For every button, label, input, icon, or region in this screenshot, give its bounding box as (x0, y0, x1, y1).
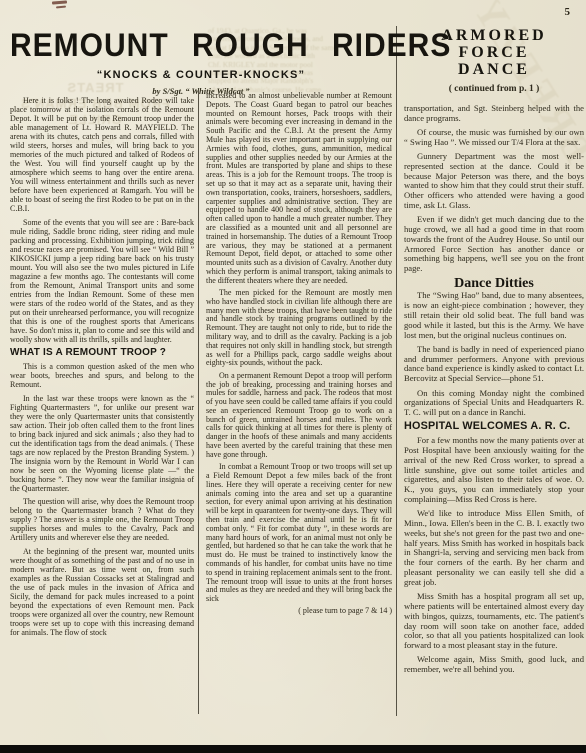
paragraph: This is a common question asked of the m… (10, 362, 194, 389)
scan-edge-mark (52, 0, 67, 4)
page-number: 5 (565, 6, 571, 18)
paragraph: Welcome again, Miss Smith, good luck, an… (404, 655, 584, 675)
column-divider (396, 26, 397, 716)
paragraph: In combat a Remount Troop or two troops … (206, 463, 392, 604)
paragraph: In the last war these troops were known … (10, 394, 194, 493)
paragraph: Miss Smith has a hospital program all se… (404, 592, 584, 651)
remount-column-middle: increased to an almost unbelievable numb… (206, 92, 392, 616)
right-column: ARMORED FORCE DANCE ( continued from p. … (404, 27, 584, 680)
remount-article-header: REMOUNT ROUGH RIDERS “KNOCKS & COUNTER-K… (10, 30, 392, 96)
section-heading-what-is-a-remount-troop: WHAT IS A REMOUNT TROOP ? (10, 348, 194, 357)
section-heading-hospital-welcomes-arc: HOSPITAL WELCOMES A. R. C. (404, 422, 584, 432)
newspaper-page: TREATS FROM BOB ERMAN'S GRILLE “ … Never… (0, 0, 586, 753)
paragraph: The band is badly in need of experienced… (404, 345, 584, 384)
paragraph: At the beginning of the present war, mou… (10, 547, 194, 637)
paragraph: Some of the events that you will see are… (10, 218, 194, 344)
paragraph: The question will arise, why does the Re… (10, 497, 194, 542)
paragraph: The men picked for the Remount are mostl… (206, 289, 392, 368)
paragraph: On this coming Monday night the combined… (404, 389, 584, 418)
paragraph: Here it is folks ! The long awaited Rode… (10, 96, 194, 213)
paragraph: Even if we didn't get much dancing due t… (404, 215, 584, 274)
section-heading-dance-ditties: Dance Ditties (404, 279, 584, 289)
paragraph: The “Swing Hao” band, due to many absent… (404, 291, 584, 340)
article-subtitle: “KNOCKS & COUNTER-KNOCKS” (10, 69, 392, 81)
column-divider (198, 88, 199, 714)
paragraph: On a permanent Remount Depot a troop wil… (206, 372, 392, 460)
paragraph: Of course, the music was furnished by ou… (404, 128, 584, 148)
paragraph: We'd like to introduce Miss Ellen Smith,… (404, 509, 584, 587)
scan-edge-mark (56, 5, 66, 8)
armored-force-dance-title: ARMORED FORCE (404, 27, 584, 61)
article-title: REMOUNT ROUGH RIDERS (10, 30, 392, 62)
armored-force-dance-title-line2: DANCE (404, 61, 584, 78)
paragraph: transportation, and Sgt. Steinberg helpe… (404, 104, 584, 124)
paragraph: For a few months now the many patients o… (404, 436, 584, 505)
continued-from-note: ( continued from p. 1 ) (404, 85, 584, 95)
paragraph: increased to an almost unbelievable numb… (206, 92, 392, 286)
paragraph: Gunnery Department was the most well-rep… (404, 152, 584, 211)
continuation-note: ( please turn to page 7 & 14 ) (206, 607, 392, 616)
remount-column-left: Here it is folks ! The long awaited Rode… (10, 96, 194, 641)
scan-bottom-bar (0, 745, 586, 753)
